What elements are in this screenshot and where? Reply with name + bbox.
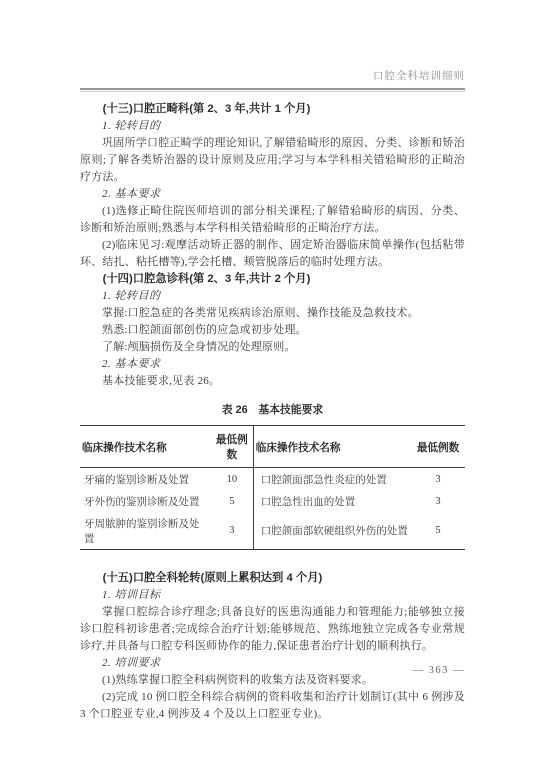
- subheading-training-goal-15: 1. 培训目标: [80, 587, 465, 604]
- header-cell: 临床操作技术名称: [80, 426, 211, 468]
- section-heading-13: (十三)口腔正畸科(第 2、3 年,共计 1 个月): [80, 101, 465, 118]
- table-caption-title: 基本技能要求: [258, 404, 323, 416]
- subheading-rotation-purpose-14: 1. 轮转目的: [80, 288, 465, 305]
- skills-table-block: 表 26基本技能要求 临床操作技术名称 最低例数 临床操作技术名称 最低例数: [80, 403, 465, 550]
- paragraph: 熟悉:口腔颌面部创伤的应急或初步处理。: [80, 322, 465, 339]
- subheading-training-requirements-15: 2. 培训要求: [80, 655, 465, 672]
- paragraph: (2)临床见习:观摩活动矫正器的制作、固定矫治器临床简单操作(包括粘带环、结扎、…: [80, 237, 465, 271]
- paragraph: (1)熟练掌握口腔全科病例资料的收集方法及资料要求。: [80, 672, 465, 689]
- data-cell: 口腔急性出血的处置: [253, 490, 411, 512]
- data-cell: 5: [411, 512, 465, 550]
- basic-skills-table: 临床操作技术名称 最低例数 临床操作技术名称 最低例数 牙痛的鉴别诊断及处置 1…: [80, 425, 465, 550]
- paragraph: (1)选修正畸住院医师培训的部分相关课程;了解错𬌗畸形的病因、分类、诊断和矫治原…: [80, 203, 465, 237]
- data-cell: 牙痛的鉴别诊断及处置: [80, 468, 211, 491]
- paragraph: (2)完成 10 例口腔全科综合病例的资料收集和治疗计划制订(其中 6 例涉及 …: [80, 689, 465, 723]
- page-number: — 363 —: [413, 665, 466, 676]
- paragraph: 基本技能要求,见表 26。: [80, 373, 465, 390]
- table-row: 牙外伤的鉴别诊断及处置 5 口腔急性出血的处置 3: [80, 490, 465, 512]
- data-cell: 牙外伤的鉴别诊断及处置: [80, 490, 211, 512]
- data-cell: 3: [411, 490, 465, 512]
- table-caption-label: 表 26: [222, 404, 248, 416]
- table-header-row: 临床操作技术名称 最低例数 临床操作技术名称 最低例数: [80, 426, 465, 468]
- section-heading-14: (十四)口腔急诊科(第 2、3 年,共计 2 个月): [80, 271, 465, 288]
- subheading-rotation-purpose-13: 1. 轮转目的: [80, 118, 465, 135]
- text-column: 口腔全科培训细则 (十三)口腔正畸科(第 2、3 年,共计 1 个月) 1. 轮…: [80, 70, 465, 723]
- subheading-basic-requirements-13: 2. 基本要求: [80, 186, 465, 203]
- data-cell: 3: [411, 468, 465, 491]
- data-cell: 5: [211, 490, 253, 512]
- table-row: 牙周脓肿的鉴别诊断及处置 3 口腔颌面部软硬组织外伤的处置 5: [80, 512, 465, 550]
- table-row: 牙痛的鉴别诊断及处置 10 口腔颌面部急性炎症的处置 3: [80, 468, 465, 491]
- document-page: 口腔全科培训细则 (十三)口腔正畸科(第 2、3 年,共计 1 个月) 1. 轮…: [0, 0, 543, 768]
- header-cell: 临床操作技术名称: [253, 426, 411, 468]
- paragraph: 巩固所学口腔正畸学的理论知识,了解错𬌗畸形的原因、分类、诊断和矫治原则;了解各类…: [80, 135, 465, 186]
- paragraph: 掌握:口腔急症的各类常见疾病诊治原则、操作技能及急救技术。: [80, 305, 465, 322]
- data-cell: 10: [211, 468, 253, 491]
- running-title: 口腔全科培训细则: [80, 70, 465, 83]
- table-caption: 表 26基本技能要求: [80, 403, 465, 418]
- paragraph: 掌握口腔综合诊疗理念;具备良好的医患沟通能力和管理能力;能够独立接诊口腔科初诊患…: [80, 604, 465, 655]
- data-cell: 口腔颌面部软硬组织外伤的处置: [253, 512, 411, 550]
- subheading-basic-requirements-14: 2. 基本要求: [80, 356, 465, 373]
- header-cell: 最低例数: [211, 426, 253, 468]
- section-heading-15: (十五)口腔全科轮转(原则上累积达到 4 个月): [80, 570, 465, 587]
- paragraph: 了解:颅脑损伤及全身情况的处理原则。: [80, 339, 465, 356]
- data-cell: 口腔颌面部急性炎症的处置: [253, 468, 411, 491]
- data-cell: 牙周脓肿的鉴别诊断及处置: [80, 512, 211, 550]
- header-cell: 最低例数: [411, 426, 465, 468]
- data-cell: 3: [211, 512, 253, 550]
- header-rule: [80, 88, 465, 92]
